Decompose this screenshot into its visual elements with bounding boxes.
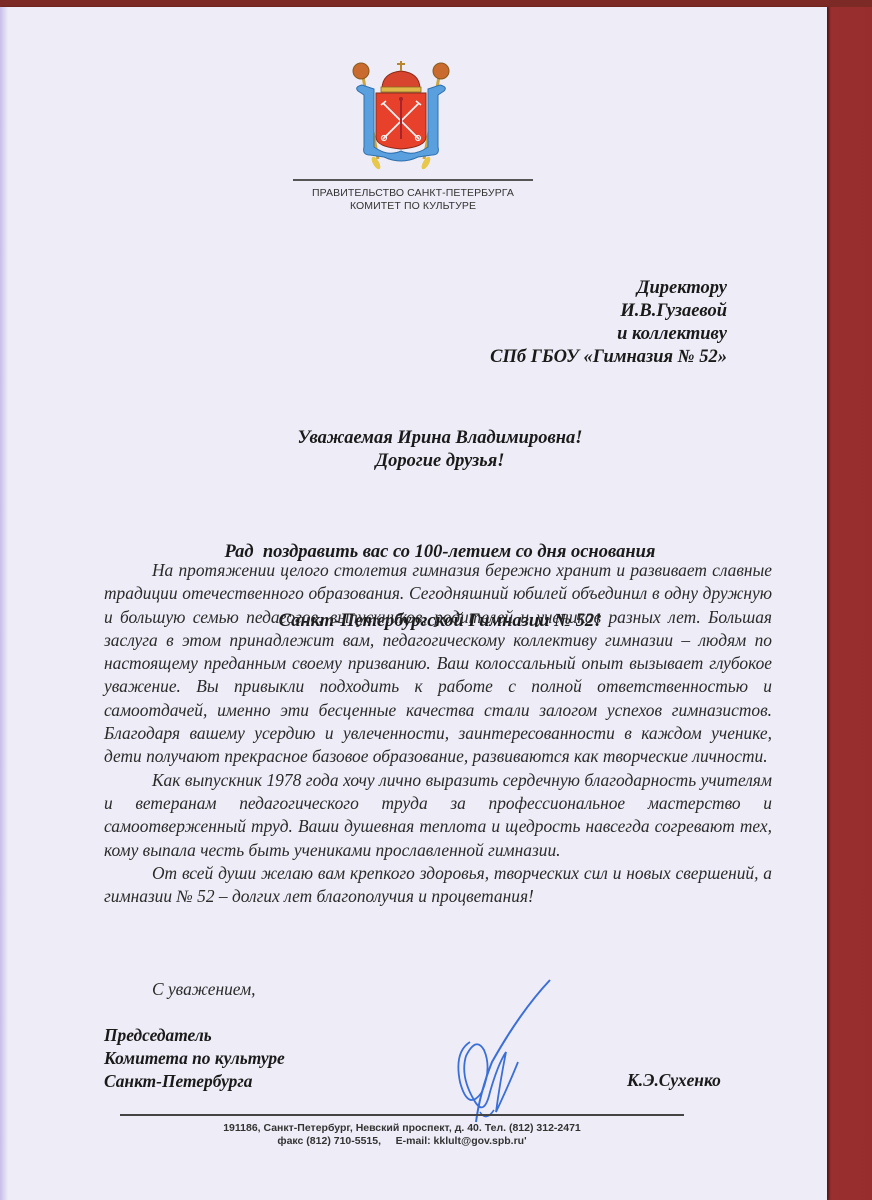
letterhead-org: ПРАВИТЕЛЬСТВО САНКТ-ПЕТЕРБУРГА КОМИТЕТ П… bbox=[283, 187, 543, 213]
signer-title-line: Санкт-Петербурга bbox=[104, 1070, 404, 1093]
addressee-block: Директору И.В.Гузаевой и коллективу СПб … bbox=[367, 277, 727, 369]
body-paragraph: Как выпускник 1978 года хочу лично выраз… bbox=[104, 769, 772, 862]
cover-top-edge bbox=[0, 0, 872, 7]
salutation-line: Уважаемая Ирина Владимировна! bbox=[150, 427, 730, 450]
footer-divider bbox=[120, 1114, 684, 1116]
signer-name: К.Э.Сухенко bbox=[627, 1070, 721, 1091]
body-paragraph: От всей души желаю вам крепкого здоровья… bbox=[104, 862, 772, 909]
footer-fax-email: факс (812) 710-5515, E-mail: kklult@gov.… bbox=[130, 1135, 674, 1148]
addressee-line: И.В.Гузаевой bbox=[367, 300, 727, 323]
coat-of-arms-icon bbox=[348, 59, 454, 171]
org-committee: КОМИТЕТ ПО КУЛЬТУРЕ bbox=[283, 200, 543, 213]
closing-phrase: С уважением, bbox=[152, 979, 256, 1000]
salutation-line: Дорогие друзья! bbox=[150, 450, 730, 473]
addressee-line: Директору bbox=[367, 277, 727, 300]
handwritten-signature-icon bbox=[440, 972, 560, 1132]
signer-title-line: Комитета по культуре bbox=[104, 1047, 404, 1070]
org-government: ПРАВИТЕЛЬСТВО САНКТ-ПЕТЕРБУРГА bbox=[283, 187, 543, 200]
red-folder-cover bbox=[827, 7, 872, 1200]
footer-address: 191186, Санкт-Петербург, Невский проспек… bbox=[130, 1122, 674, 1135]
letter-body: На протяжении целого столетия гимназия б… bbox=[104, 559, 772, 908]
signer-title: Председатель Комитета по культуре Санкт-… bbox=[104, 1024, 404, 1093]
addressee-line: и коллективу bbox=[367, 323, 727, 346]
footer-contacts: 191186, Санкт-Петербург, Невский проспек… bbox=[130, 1122, 674, 1147]
addressee-line: СПб ГБОУ «Гимназия № 52» bbox=[367, 346, 727, 369]
letter-page: ПРАВИТЕЛЬСТВО САНКТ-ПЕТЕРБУРГА КОМИТЕТ П… bbox=[0, 7, 827, 1200]
body-paragraph: На протяжении целого столетия гимназия б… bbox=[104, 559, 772, 769]
letterhead-divider bbox=[293, 179, 533, 181]
salutation: Уважаемая Ирина Владимировна! Дорогие др… bbox=[150, 427, 730, 473]
signer-title-line: Председатель bbox=[104, 1024, 404, 1047]
